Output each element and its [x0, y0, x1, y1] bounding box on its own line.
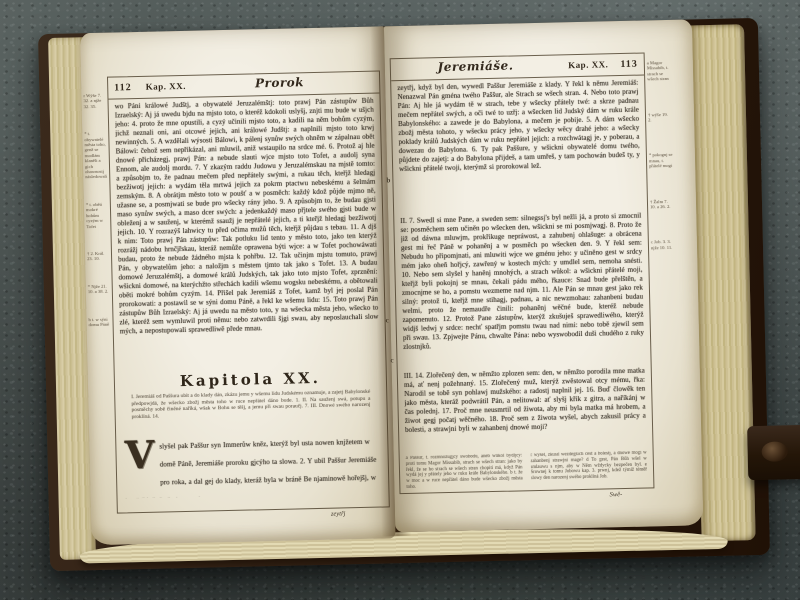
text-frame-right: Jeremiáše. Kap. XX. 113 zeytřj, když byl… — [390, 52, 655, 494]
footnote-column-2: c wyšel, zkusil wezdegších cest a bolest… — [530, 451, 647, 495]
right-page: b c Jeremiáše. Kap. XX. 113 zeytřj, když… — [384, 19, 703, 532]
margin-notes-right: a Magor Missabib, t. strach se wšech str… — [647, 60, 676, 281]
body-text-left: wo Páni králowé Judštj, a obywatelé Jeru… — [115, 97, 380, 369]
clasp-knob — [761, 441, 787, 462]
text-frame-left: 112 Kap. XX. Prorok wo Páni králowé Judš… — [107, 70, 390, 513]
left-page: r Wýše 7. 32. a njže 32. 35. * t. obywat… — [80, 26, 396, 545]
body-paragraph-1: zeytřj, když byl den, wywedl Paššur Jere… — [397, 79, 641, 212]
drop-cap: V — [122, 438, 157, 479]
chapter-heading: Kapitola XX. — [121, 368, 380, 392]
margin-note: * t. obywatelé města toho, genž se modlá… — [84, 131, 109, 180]
running-title-right: Jeremiáše. — [397, 58, 555, 76]
margin-note: a Magor Missabib, t. strach se wšech str… — [647, 60, 671, 82]
footnote-column-1: a Paššur, t. rozmnožugjcý swobodu, aneb … — [406, 453, 523, 494]
margin-note: b t. w sýni domu Páně — [88, 316, 112, 327]
body-paragraph-2: II. 7. Swedl si mne Pane, a sweden sem: … — [400, 212, 644, 367]
inner-reference-letter: c — [390, 356, 393, 364]
margin-note: r Wýše 7. 32. a njže 32. 35. — [83, 93, 107, 110]
margin-note: † 2. Král. 23. 10. — [87, 251, 111, 262]
page-number-right: 113 — [620, 59, 638, 70]
clasp — [747, 424, 800, 480]
book: r Wýše 7. 32. a njže 32. 35. * t. obywat… — [38, 18, 770, 571]
chapter-opening-text: slyšel pak Paššur syn Immerůw kněz, kter… — [124, 438, 377, 499]
page-number-left: 112 — [114, 82, 132, 93]
margin-note: c Job. 3. 3. njže 10. 11. — [651, 239, 675, 250]
margin-note: * t. oběti mokré bohům cyzým w Tofet — [86, 202, 111, 230]
running-title-left: Prorok — [186, 74, 374, 92]
margin-note: † wýše 19. 2. — [648, 111, 672, 122]
catchword-left: zeytřj — [331, 510, 346, 517]
catchword-right: Swě- — [610, 491, 623, 498]
chapter-summary: I. Jeremiáš od Paššura ubit a do klady d… — [121, 389, 381, 433]
footnote-block: a Paššur, t. rozmnožugjcý swobodu, aneb … — [406, 451, 648, 495]
margin-note: * pokognj se mnau, t. přátelé mogi — [649, 152, 673, 169]
chapter-label-left: Kap. XX. — [146, 81, 186, 92]
photo-background: r Wýše 7. 32. a njže 32. 35. * t. obywat… — [0, 0, 800, 600]
margin-note: * Njže 21. 10. a 38. 2. — [88, 283, 112, 294]
chapter-opening: V slyšel pak Paššur syn Immerůw kněz, kt… — [122, 431, 382, 499]
chapter-label-right: Kap. XX. — [568, 59, 608, 70]
body-paragraph-3: III. 14. Zlořečený den, w němžto zplozen… — [404, 367, 647, 451]
margin-note: † Žalm 7. 10. a 26. 2. — [650, 199, 674, 210]
inner-reference-letter: b — [386, 176, 390, 184]
